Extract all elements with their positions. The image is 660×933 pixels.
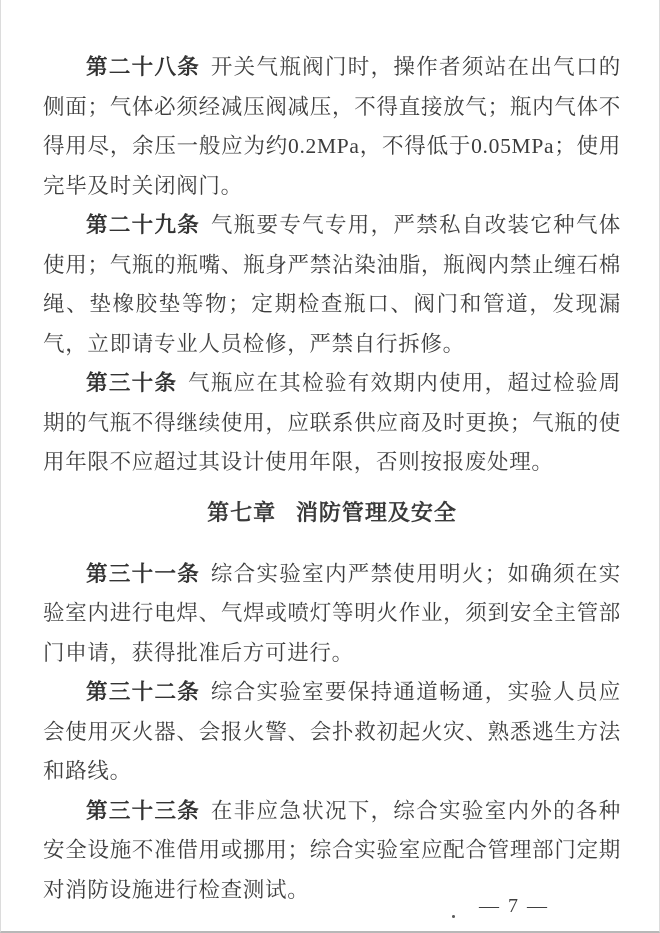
article-paragraph-31: 第三十一条综合实验室内严禁使用明火；如确须在实验室内进行电焊、气焊或喷灯等明火作… <box>43 555 621 674</box>
article-number-33: 第三十三条 <box>86 799 200 823</box>
document-page: 第二十八条开关气瓶阀门时，操作者须站在出气口的侧面；气体必须经减压阀减压，不得直… <box>0 0 660 933</box>
article-number-32: 第三十二条 <box>86 680 200 704</box>
article-paragraph-28: 第二十八条开关气瓶阀门时，操作者须站在出气口的侧面；气体必须经减压阀减压，不得直… <box>43 48 621 206</box>
article-paragraph-32: 第三十二条综合实验室要保持通道畅通，实验人员应会使用灭火器、会报火警、会扑救初起… <box>43 673 621 792</box>
article-number-28: 第二十八条 <box>86 55 200 79</box>
page-number: — 7 — <box>479 894 549 918</box>
scan-artifact-speck <box>452 915 455 918</box>
article-paragraph-30: 第三十条气瓶应在其检验有效期内使用，超过检验周期的气瓶不得继续使用，应联系供应商… <box>43 364 621 483</box>
page-content: 第二十八条开关气瓶阀门时，操作者须站在出气口的侧面；气体必须经减压阀减压，不得直… <box>43 48 621 910</box>
article-number-30: 第三十条 <box>86 371 177 395</box>
chapter-number: 第七章 <box>207 500 276 525</box>
article-number-31: 第三十一条 <box>86 562 200 586</box>
article-number-29: 第二十九条 <box>86 213 200 237</box>
chapter-heading: 第七章消防管理及安全 <box>43 495 621 531</box>
article-paragraph-29: 第二十九条气瓶要专气专用，严禁私自改装它种气体使用；气瓶的瓶嘴、瓶身严禁沾染油脂… <box>43 206 621 364</box>
article-paragraph-33: 第三十三条在非应急状况下，综合实验室内外的各种安全设施不准借用或挪用；综合实验室… <box>43 792 621 911</box>
chapter-title: 消防管理及安全 <box>296 500 457 525</box>
